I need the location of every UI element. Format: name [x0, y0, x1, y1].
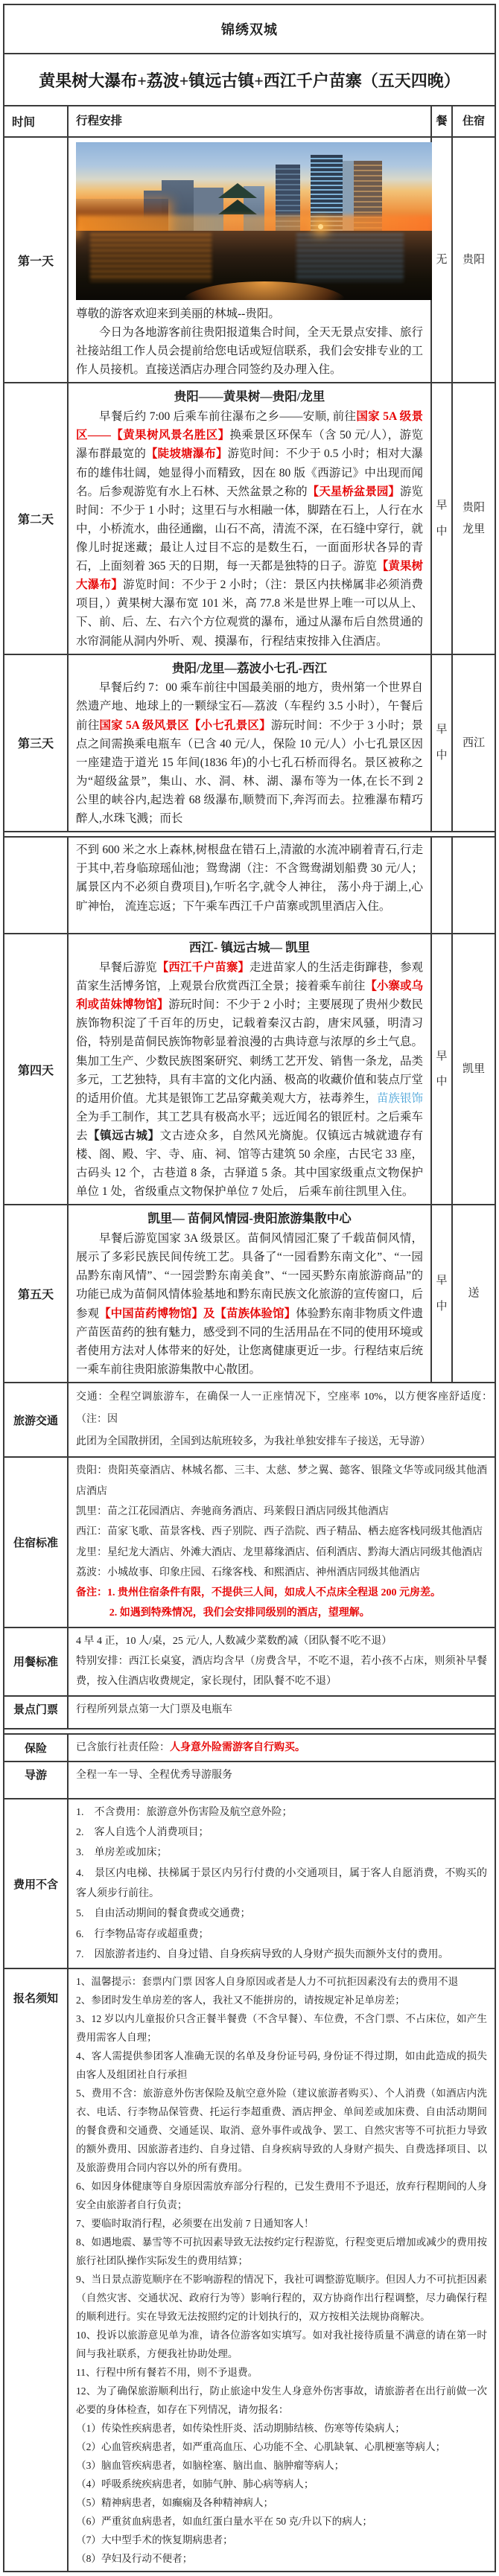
lodging-label: 住宿标准	[4, 1458, 67, 1626]
day3-continued-stay	[451, 838, 495, 933]
text-run: 不到 600 米之水上森林,树根盘在错石上,清澈的水流冲刷着青石,行走于其中,若…	[76, 844, 423, 912]
text-run: 尊敬的游客欢迎来到美丽的林城--贵阳。	[76, 307, 280, 320]
day5-label: 第五天	[4, 1205, 67, 1382]
day3-label: 第三天	[4, 655, 67, 832]
notes-content: 1、温馨提示：套票内门票 因客人自身原因或者是人力不可抗拒因素没有去的费用不退2…	[67, 1969, 495, 2571]
page-break-line	[4, 1728, 495, 1733]
lodging-line: 贵阳：贵阳英豪酒店、林城名都、三丰、太慈、梦之翼、懿客、银隆文华等或同级其他酒店…	[76, 1461, 487, 1502]
text-run: 【中国苗药博物馆】及【苗族体验馆】	[99, 1307, 296, 1320]
meals-line1: 4 早 4 正，10 人/桌，25 元/人, 人数减少菜数酌减（团队餐不吃不退）	[76, 1631, 487, 1651]
photo-cool-reflection	[296, 234, 403, 281]
excluded-item: 1. 不含费用：旅游意外伤害险及航空意外险；	[76, 1802, 487, 1823]
text-run: 国家 5A 级风景区【小七孔景区】	[99, 719, 270, 732]
text-run: 早餐后约 7:00 后乘车前往瀑布之乡——安顺, 前往	[99, 410, 356, 423]
excluded-item: 2. 客人自选个人消费项目；	[76, 1823, 487, 1843]
notes-item: （4）呼吸系统疾病患者，如肺气肿、肺心病等病人；	[76, 2475, 487, 2493]
lodging-line: 西江：苗家飞歌、苗景客栈、西子别院、西子浩院、西子精品、栖去庭客栈同级其他酒店	[76, 1522, 487, 1542]
notes-item: （5）精神病患者，如癫痫及各种精神病人；	[76, 2493, 487, 2512]
day3-continued-text: 不到 600 米之水上森林,树根盘在错石上,清澈的水流冲刷着青石,行走于其中,若…	[76, 841, 423, 915]
notes-label: 报名须知	[4, 1969, 67, 2571]
day2-label: 第二天	[4, 383, 67, 653]
day1-welcome-text: 尊敬的游客欢迎来到美丽的林城--贵阳。	[76, 305, 423, 323]
day5-body-text: 早餐后游览国家 3A 级景区。苗侗风情园汇聚了千载苗侗风情，展示了多彩民族民间传…	[76, 1229, 423, 1379]
day5-row: 第五天 凯里— 苗侗风情园-贵阳旅游集散中心 早餐后游览国家 3A 级景区。苗侗…	[4, 1204, 495, 1382]
notes-item: 9、当日景点游览顺序在不影响游程的情况下，我社可调整游览顺序。但因人力不可抗拒因…	[76, 2270, 487, 2326]
tickets-row: 景点门票 行程所列景点第一大门票及电瓶车	[4, 1695, 495, 1728]
insurance-row: 保险 已含旅行社责任险：人身意外险需游客自行购买。	[4, 1733, 495, 1761]
transport-row: 旅游交通 交通：全程空调旅游车，在确保一人一正座情况下，空座率 10%，以方便客…	[4, 1382, 495, 1456]
notes-item: 8、如遇地震、暴雪等不可抗因素导致无法按约定行程游览，行程变更后增加或减少的费用…	[76, 2233, 487, 2270]
lodging-row: 住宿标准 贵阳：贵阳英豪酒店、林城名都、三丰、太慈、梦之翼、懿客、银隆文华等或同…	[4, 1456, 495, 1626]
notes-row: 报名须知 1、温馨提示：套票内门票 因客人自身原因或者是人力不可抗拒因素没有去的…	[4, 1968, 495, 2571]
day3-meal: 早中	[430, 655, 451, 832]
day4-label: 第四天	[4, 934, 67, 1204]
tour-title: 黄果树大瀑布+荔波+镇远古镇+西江千户苗寨（五天四晚）	[4, 53, 495, 105]
notes-item: 4、客人需提供参团客人准确无误的名单及身份证号码, 身份证不得过期，如由此造成的…	[76, 2047, 487, 2084]
day3-continued-meal	[430, 838, 451, 933]
notes-item: 11、行程中所有餐若不用，则不予退费。	[76, 2363, 487, 2382]
excluded-item: 4. 景区内电梯、扶梯属于景区内另行付费的小交通项目，属于客人自愿消费，不购买的…	[76, 1864, 487, 1904]
day2-row: 第二天 贵阳——黄果树—贵阳/龙里 早餐后约 7:00 后乘车前往瀑布之乡——安…	[4, 382, 495, 653]
day3-stay: 西江	[451, 655, 495, 832]
brand-title: 锦绣双城	[4, 5, 495, 53]
col-header-plan: 行程安排	[67, 106, 430, 136]
text-run: 人身意外险需游客自行购买。	[170, 1742, 305, 1753]
excluded-item: 6. 行李物品寄存或超重费；	[76, 1925, 487, 1945]
day2-meal: 早中	[430, 383, 451, 653]
excluded-label: 费用不含	[4, 1799, 67, 1968]
day4-content: 西江- 镇远古城— 凯里 早餐后游览【西江千户苗寨】走进苗家人的生活走街蹿巷，参…	[67, 934, 430, 1204]
text-run: 游览时间：不少于 2 小时；（注：景区内扶梯属非必须消费项目，）黄果树大瀑布宽 …	[76, 578, 423, 647]
guiyang-night-photo	[76, 142, 432, 300]
insurance-content: 已含旅行社责任险：人身意外险需游客自行购买。	[67, 1735, 495, 1761]
text-run: 今日为各地游客前往贵阳报道集合时间，全天无景点安排、旅行社接站组工作人员会提前给…	[76, 326, 423, 376]
lodging-note1: 备注：1. 贵州住宿条件有限，不提供三人间，如成人不点床全程退 200 元房差。	[76, 1583, 487, 1603]
itinerary-document: 锦绣双城 黄果树大瀑布+荔波+镇远古镇+西江千户苗寨（五天四晚） 时间 行程安排…	[3, 4, 496, 2572]
lodging-content: 贵阳：贵阳英豪酒店、林城名都、三丰、太慈、梦之翼、懿客、银隆文华等或同级其他酒店…	[67, 1458, 495, 1626]
day1-label: 第一天	[4, 138, 67, 382]
lodging-note2: 2. 如遇到特殊情况，我们会安排同级别的酒店，望理解。	[76, 1603, 487, 1623]
day3-body-text: 早餐后约 7：00 乘车前往中国最美丽的地方，贵州第一个世界自然遗产地、地球上的…	[76, 678, 423, 828]
meals-content: 4 早 4 正，10 人/桌，25 元/人, 人数减少菜数酌减（团队餐不吃不退）…	[67, 1628, 495, 1695]
guide-label: 导游	[4, 1762, 67, 1798]
transport-line2: 此团为全国散拼团，全国到达航班较多，为我社单独安排车子接送，无导游）	[76, 1431, 487, 1453]
day3-row: 第三天 贵阳/龙里—荔波小七孔-西江 早餐后约 7：00 乘车前往中国最美丽的地…	[4, 654, 495, 832]
transport-label: 旅游交通	[4, 1383, 67, 1456]
day1-stay: 贵阳	[451, 138, 495, 382]
transport-content: 交通：全程空调旅游车，在确保一人一正座情况下，空座率 10%，以方便客座舒适度：…	[67, 1383, 495, 1456]
text-run: 【天星桥盆景园】	[308, 485, 400, 498]
day1-body-text: 今日为各地游客前往贵阳报道集合时间，全天无景点安排、旅行社接站组工作人员会提前给…	[76, 323, 423, 379]
day1-content: 尊敬的游客欢迎来到美丽的林城--贵阳。 今日为各地游客前往贵阳报道集合时间，全天…	[67, 138, 430, 382]
day1-row: 第一天 尊敬的游客欢迎来到美丽的林城--贵阳。 今日为各地游客前往贵阳报道集合时…	[4, 136, 495, 382]
day2-stay: 贵阳 龙里	[451, 383, 495, 653]
notes-item: （3）脑血管疾病患者，如脑栓塞、脑出血、脑肿瘤等病人；	[76, 2456, 487, 2475]
notes-item: 5、费用不含：旅游意外伤害保险及航空意外险（建议旅游者购买）、个人消费（如酒店内…	[76, 2084, 487, 2177]
text-run: 【西江千户苗寨】	[157, 961, 249, 974]
notes-item: （2）心血管疾病患者，如严重高血压、心功能不全、心肌缺氧、心肌梗塞等病人；	[76, 2438, 487, 2456]
notes-item: （8）孕妇及行动不便者；	[76, 2549, 487, 2568]
text-run: 已含旅行社责任险：	[76, 1742, 170, 1753]
day5-meal: 早中	[430, 1205, 451, 1382]
day2-content: 贵阳——黄果树—贵阳/龙里 早餐后约 7:00 后乘车前往瀑布之乡——安顺, 前…	[67, 383, 430, 653]
notes-item: 10、投诉以旅游意见单为准，请各位游客如实填写。如对我社接待质量不满意的请在第一…	[76, 2326, 487, 2363]
col-header-time: 时间	[4, 106, 67, 136]
day3-continued-row: 不到 600 米之水上森林,树根盘在错石上,清澈的水流冲刷着青石,行走于其中,若…	[4, 836, 495, 933]
day2-route-title: 贵阳——黄果树—贵阳/龙里	[76, 388, 423, 407]
meals-line2: 特别安排：西江长桌宴，酒店均含早（房费含早，不吃不退，若小孩不占床，则须补早餐费…	[76, 1651, 487, 1692]
notes-item: 3、12 岁以内儿童报价只含正餐半餐费（不含早餐）、车位费，不含门票、不占床位，…	[76, 2009, 487, 2047]
lodging-hotel-lines: 贵阳：贵阳英豪酒店、林城名都、三丰、太慈、梦之翼、懿客、银隆文华等或同级其他酒店…	[76, 1461, 487, 1583]
photo-pagoda	[218, 183, 257, 198]
text-run: 游玩时间：不少于 2 小时；主要展现了贵州少数民族饰物积淀了千百年的历史，记载着…	[76, 998, 423, 1105]
day1-meal: 无	[430, 138, 451, 382]
text-run: 早餐后游览	[99, 961, 157, 974]
page-break-line	[4, 831, 495, 836]
day3-continued-label	[4, 838, 67, 933]
text-run: 游玩时间：不少于 3 小时；景点之间需换乘电瓶车（已含 40 元/人，保险 10…	[76, 719, 423, 826]
day3-content: 贵阳/龙里—荔波小七孔-西江 早餐后约 7：00 乘车前往中国最美丽的地方，贵州…	[67, 655, 430, 832]
text-run: 【镇远古城】	[88, 1129, 160, 1142]
notes-item: （1）传染性疾病患者，如传染性肝炎、活动期肺结核、伤寒等传染病人；	[76, 2419, 487, 2438]
day4-meal: 早中	[430, 934, 451, 1204]
notes-item: 1、温馨提示：套票内门票 因客人自身原因或者是人力不可抗拒因素没有去的费用不退	[76, 1972, 487, 1991]
notes-item: 2、参团时发生单房差的客人，我社又不能拼房的，请按规定补足单房差；	[76, 1991, 487, 2009]
notes-item: （6）严重贫血病患者，如血红蛋白量水平在 50 克/升以下的病人；	[76, 2512, 487, 2531]
notes-item: 7、要临时取消行程，必须要在出发前 7 日通知客人！	[76, 2214, 487, 2233]
tickets-content: 行程所列景点第一大门票及电瓶车	[67, 1697, 495, 1728]
excluded-item: 5. 自由活动期间的餐食费或交通费；	[76, 1904, 487, 1924]
tickets-label: 景点门票	[4, 1697, 67, 1728]
day4-row: 第四天 西江- 镇远古城— 凯里 早餐后游览【西江千户苗寨】走进苗家人的生活走街…	[4, 933, 495, 1204]
excluded-item: 7. 因旅游者违约、自身过错、自身疾病导致的人身财产损失而额外支付的费用。	[76, 1945, 487, 1965]
photo-warm-reflection	[90, 234, 212, 281]
insurance-label: 保险	[4, 1735, 67, 1761]
text-run: 【陡坡塘瀑布】	[146, 447, 228, 460]
day4-route-title: 西江- 镇远古城— 凯里	[76, 939, 423, 957]
col-header-meal: 餐	[430, 106, 451, 136]
text-run: 游览时间：不少于 1 小时；这里石与水相融一体，脚踏在石上，人行在水中，小桥流水…	[76, 485, 423, 573]
day3-continued-content: 不到 600 米之水上森林,树根盘在错石上,清澈的水流冲刷着青石,行走于其中,若…	[67, 838, 430, 933]
meals-label: 用餐标准	[4, 1628, 67, 1695]
day4-stay: 凯里	[451, 934, 495, 1204]
notes-item: 6、如因身体健康等自身原因需放弃部分行程的，已发生费用不予退还，放弃行程期间的人…	[76, 2177, 487, 2214]
day3-route-title: 贵阳/龙里—荔波小七孔-西江	[76, 660, 423, 678]
col-header-stay: 住宿	[451, 106, 495, 136]
table-header-row: 时间 行程安排 餐 住宿	[4, 105, 495, 136]
lodging-line: 龙里：星纪龙大酒店、外滩大酒店、龙里幕缘酒店、佰利酒店、黔海大酒店同级其他酒店	[76, 1543, 487, 1563]
notes-item: （7）大中型手术的恢复期病患者；	[76, 2531, 487, 2549]
guide-row: 导游 全程一车一导、全程优秀导游服务	[4, 1761, 495, 1798]
lodging-line: 凯里：苗之江花园酒店、奔驰商务酒店、玛莱假日酒店同级其他酒店	[76, 1502, 487, 1522]
day2-body-text: 早餐后约 7:00 后乘车前往瀑布之乡——安顺, 前往国家 5A 级景区——【黄…	[76, 407, 423, 650]
day5-stay: 送	[451, 1205, 495, 1382]
guide-content: 全程一车一导、全程优秀导游服务	[67, 1762, 495, 1798]
meals-row: 用餐标准 4 早 4 正，10 人/桌，25 元/人, 人数减少菜数酌减（团队餐…	[4, 1627, 495, 1695]
excluded-item: 3. 单房差或加床；	[76, 1843, 487, 1863]
transport-line1: 交通：全程空调旅游车，在确保一人一正座情况下，空座率 10%，以方便客座舒适度：…	[76, 1386, 487, 1431]
day5-route-title: 凯里— 苗侗风情园-贵阳旅游集散中心	[76, 1210, 423, 1228]
excluded-content: 1. 不含费用：旅游意外伤害险及航空意外险；2. 客人自选个人消费项目；3. 单…	[67, 1799, 495, 1968]
day4-body-text: 早餐后游览【西江千户苗寨】走进苗家人的生活走街蹿巷，参观苗家生活博务馆，上观景台…	[76, 958, 423, 1201]
lodging-line: 荔波：小城故事、印象庄园、石缘客栈、和熙酒店、神州酒店同级其他酒店	[76, 1563, 487, 1583]
text-run: 苗族银饰	[377, 1092, 423, 1105]
excluded-row: 费用不含 1. 不含费用：旅游意外伤害险及航空意外险；2. 客人自选个人消费项目…	[4, 1798, 495, 1968]
notes-item: 12、为了确保旅游顺利出行，防止旅途中发生人身意外伤害事故，请旅游者在出行前做一…	[76, 2382, 487, 2419]
day5-content: 凯里— 苗侗风情园-贵阳旅游集散中心 早餐后游览国家 3A 级景区。苗侗风情园汇…	[67, 1205, 430, 1382]
